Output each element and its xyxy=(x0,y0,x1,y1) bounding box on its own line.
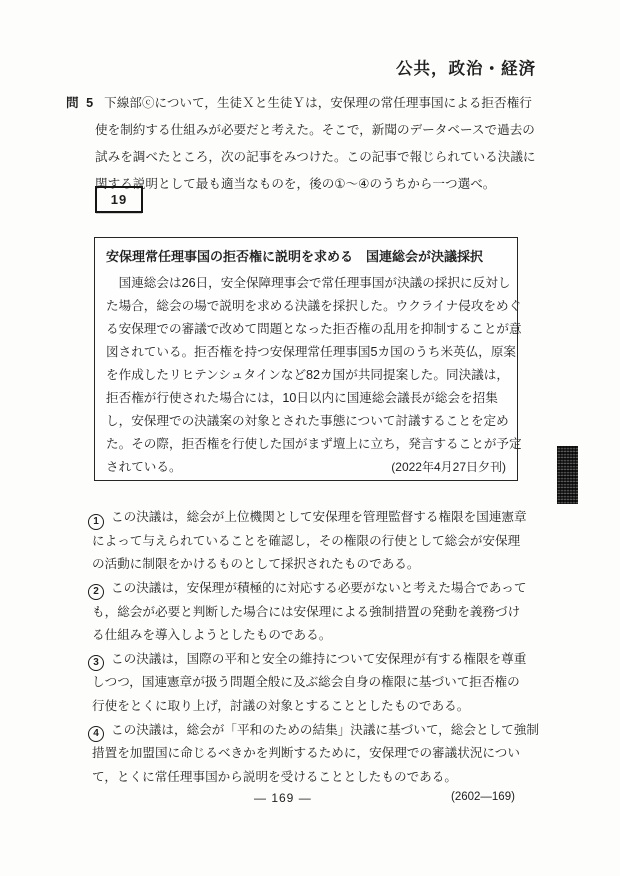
option-3: 3この決議は，国際の平和と安全の維持について安保理が有する権限を尊重 xyxy=(88,648,550,672)
option-2-marker: 2 xyxy=(88,584,104,600)
option-1-line: によって与えられていることを確認し，その権限の行使として総会が安保理 xyxy=(88,530,550,554)
newspaper-article-box: 安保理常任理事国の拒否権に説明を求める 国連総会が決議採択 国連総会は26日，安… xyxy=(94,237,518,481)
option-3-marker: 3 xyxy=(88,655,104,671)
binding-mark xyxy=(557,446,578,504)
option-4-line: 措置を加盟国に命じるべきかを判断するために，安保理での審議状況につい xyxy=(88,742,550,766)
article-date: (2022年4月27日夕刊) xyxy=(391,456,506,479)
option-text: この決議は，総会が「平和のための結集」決議に基づいて，総会として強制 xyxy=(111,723,539,737)
option-text: この決議は，総会が上位機関として安保理を管理監督する権限を国連憲章 xyxy=(111,510,527,524)
answer-number: 19 xyxy=(111,192,127,207)
article-headline: 安保理常任理事国の拒否権に説明を求める 国連総会が決議採択 xyxy=(106,247,506,267)
article-line: 図されている。拒否権を持つ安保理常任理事国5カ国のうち米英仏，原案 xyxy=(106,341,506,364)
option-1-marker: 1 xyxy=(88,514,104,530)
article-line: 拒否権が行使された場合には，10日以内に国連総会議長が総会を招集 xyxy=(106,387,506,410)
article-line: を作成したリヒテンシュタインなど82カ国が共同提案した。同決議は， xyxy=(106,364,506,387)
option-4: 4この決議は，総会が「平和のための結集」決議に基づいて，総会として強制 xyxy=(88,719,550,743)
option-2-line: る仕組みを導入しようとしたものである。 xyxy=(88,624,550,648)
option-4-marker: 4 xyxy=(88,726,104,742)
option-text: この決議は，安保理が積極的に対応する必要がないと考えた場合であって xyxy=(111,581,526,595)
question-line: 問 5下線部ⓒについて，生徒Ｘと生徒Ｙは，安保理の常任理事国による拒否権行 xyxy=(66,90,550,117)
answer-number-box: 19 xyxy=(95,186,143,213)
article-line: た場合，総会の場で説明を求める決議を採択した。ウクライナ侵攻をめぐ xyxy=(106,295,506,318)
article-line: し，安保理での決議案の対象とされた事態について討議することを定め xyxy=(106,410,506,433)
article-line: されている。 xyxy=(106,456,182,479)
options-list: 1この決議は，総会が上位機関として安保理を管理監督する権限を国連憲章 によって与… xyxy=(88,506,550,790)
option-2: 2この決議は，安保理が積極的に対応する必要がないと考えた場合であって xyxy=(88,577,550,601)
option-4-line: て，とくに常任理事国から説明を受けることとしたものである。 xyxy=(88,766,550,790)
option-3-line: 行使をとくに取り上げ，討議の対象とすることとしたものである。 xyxy=(88,695,550,719)
option-text: この決議は，国際の平和と安全の維持について安保理が有する権限を尊重 xyxy=(111,652,526,666)
option-2-line: も，総会が必要と判断した場合には安保理による強制措置の発動を義務づけ xyxy=(88,601,550,625)
page-number: — 169 — xyxy=(254,791,312,805)
article-line: 国連総会は26日，安全保障理事会で常任理事国が決議の採択に反対し xyxy=(106,272,506,295)
article-line: る安保理での審議で改めて問題となった拒否権の乱用を抑制することが意 xyxy=(106,318,506,341)
question-line: 試みを調べたところ，次の記事をみつけた。この記事で報じられている決議に xyxy=(66,144,550,171)
page-title: 公共，政治・経済 xyxy=(396,55,536,79)
option-1-line: の活動に制限をかけるものとして採択されたものである。 xyxy=(88,553,550,577)
question-line: 使を制約する仕組みが必要だと考えた。そこで，新聞のデータベースで過去の xyxy=(66,117,550,144)
option-1: 1この決議は，総会が上位機関として安保理を管理監督する権限を国連憲章 xyxy=(88,506,550,530)
exam-page: 公共，政治・経済 問 5下線部ⓒについて，生徒Ｘと生徒Ｙは，安保理の常任理事国に… xyxy=(0,0,620,876)
article-last-line: されている。 (2022年4月27日夕刊) xyxy=(106,456,506,479)
print-code: (2602—169) xyxy=(451,791,515,803)
page-footer: — 169 — (2602—169) xyxy=(0,791,620,807)
article-line: た。その際，拒否権を行使した国がまず壇上に立ち，発言することが予定 xyxy=(106,433,506,456)
question-text: 下線部ⓒについて，生徒Ｘと生徒Ｙは，安保理の常任理事国による拒否権行 xyxy=(104,96,532,110)
option-3-line: しつつ，国連憲章が扱う問題全般に及ぶ総会自身の権限に基づいて拒否権の xyxy=(88,671,550,695)
question-block: 問 5下線部ⓒについて，生徒Ｘと生徒Ｙは，安保理の常任理事国による拒否権行 使を… xyxy=(66,90,550,198)
question-number: 問 5 xyxy=(66,96,95,110)
